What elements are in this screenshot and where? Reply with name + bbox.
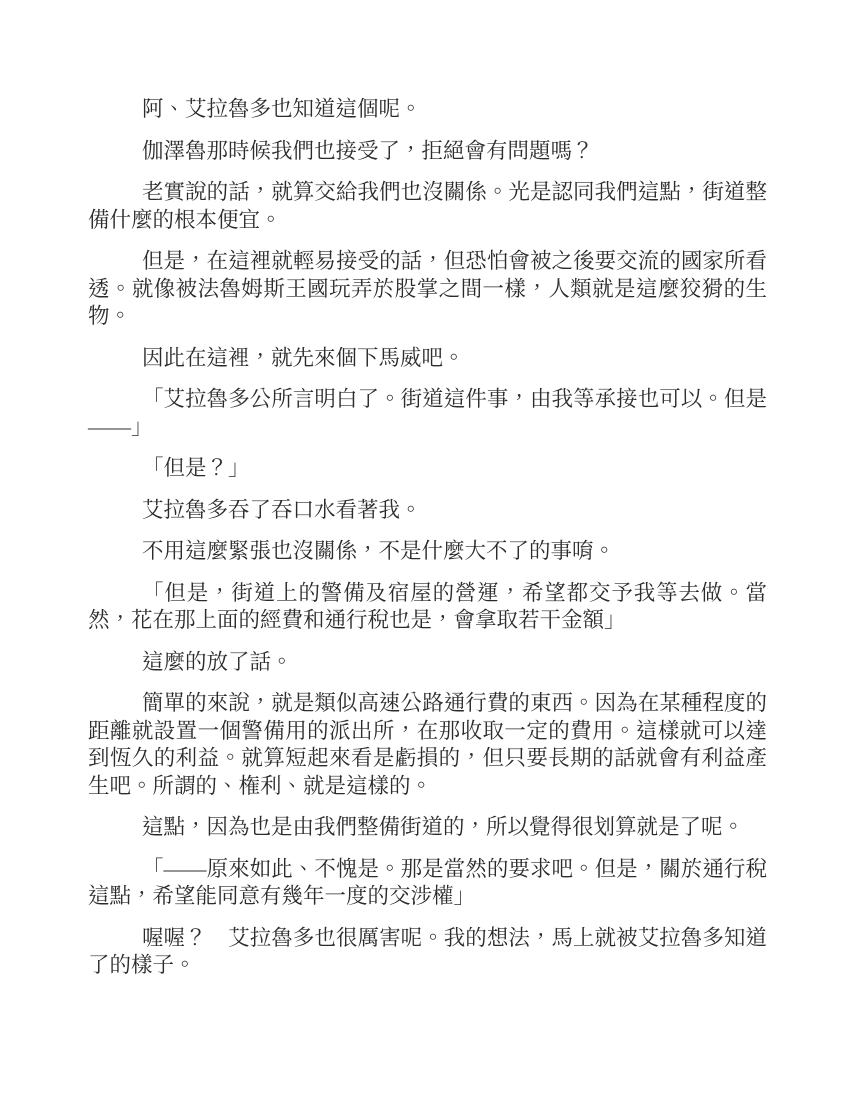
- paragraph: 「——原來如此、不愧是。那是當然的要求吧。但是，關於通行稅這點，希望能同意有幾年…: [88, 856, 767, 911]
- paragraph: 伽澤魯那時候我們也接受了，拒絕會有問題嗎？: [88, 138, 767, 166]
- paragraph: 這點，因為也是由我們整備街道的，所以覺得很划算就是了呢。: [88, 814, 767, 842]
- paragraph: 簡單的來說，就是類似高速公路通行費的東西。因為在某種程度的距離就設置一個警備用的…: [88, 690, 767, 800]
- paragraph: 這麼的放了話。: [88, 649, 767, 677]
- document-page: 阿、艾拉魯多也知道這個呢。伽澤魯那時候我們也接受了，拒絕會有問題嗎？老實說的話，…: [0, 0, 850, 1100]
- paragraph: 「艾拉魯多公所言明白了。街道這件事，由我等承接也可以。但是——」: [88, 386, 767, 441]
- paragraph: 老實說的話，就算交給我們也沒關係。光是認同我們這點，街道整備什麼的根本便宜。: [88, 179, 767, 234]
- paragraph: 阿、艾拉魯多也知道這個呢。: [88, 96, 767, 124]
- paragraph: 「但是，街道上的警備及宿屋的營運，希望都交予我等去做。當然，花在那上面的經費和通…: [88, 580, 767, 635]
- paragraph: 因此在這裡，就先來個下馬威吧。: [88, 345, 767, 373]
- paragraph: 艾拉魯多吞了吞口水看著我。: [88, 497, 767, 525]
- paragraph: 「但是？」: [88, 455, 767, 483]
- paragraph: 但是，在這裡就輕易接受的話，但恐怕會被之後要交流的國家所看透。就像被法魯姆斯王國…: [88, 248, 767, 331]
- paragraph: 不用這麼緊張也沒關係，不是什麼大不了的事唷。: [88, 538, 767, 566]
- paragraph: 喔喔？ 艾拉魯多也很厲害呢。我的想法，馬上就被艾拉魯多知道了的樣子。: [88, 925, 767, 980]
- novel-text-body: 阿、艾拉魯多也知道這個呢。伽澤魯那時候我們也接受了，拒絕會有問題嗎？老實說的話，…: [0, 0, 850, 980]
